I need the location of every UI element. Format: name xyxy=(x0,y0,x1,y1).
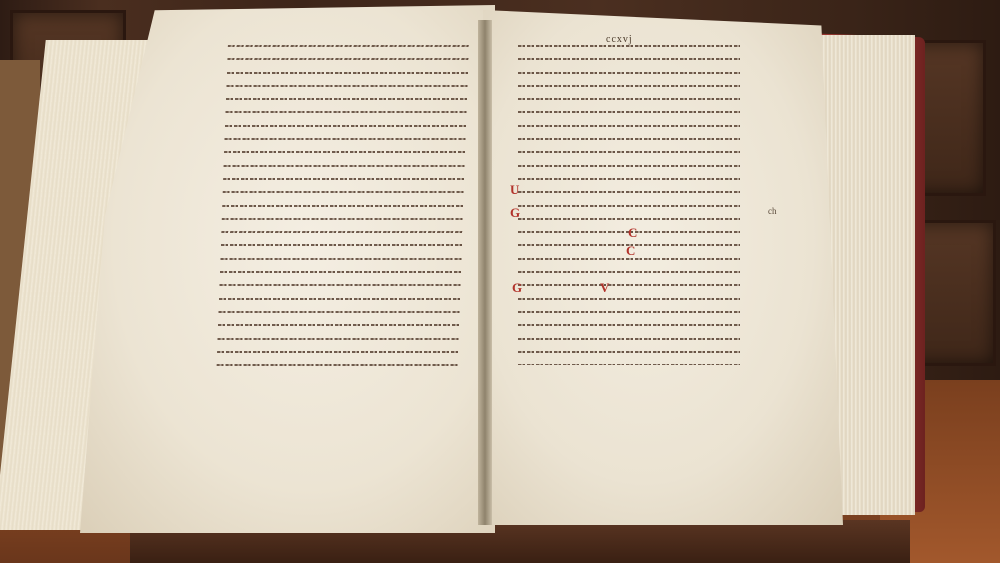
right-page-text-block xyxy=(518,45,740,365)
image-description: Open medieval manuscript codex displayed… xyxy=(0,0,1,1)
photo-scene: U G C G V C ccxvj ch Open medieval manus… xyxy=(0,0,1000,563)
rubric-initial: U xyxy=(510,182,519,198)
rubric-initial: G xyxy=(510,205,520,221)
book-gutter xyxy=(478,20,492,525)
rubric-initial: C xyxy=(628,225,637,241)
folio-number: ccxvj xyxy=(606,34,633,45)
margin-annotation: ch xyxy=(768,206,777,216)
rubric-initial: C xyxy=(626,243,635,259)
rubric-initial: V xyxy=(600,280,609,296)
rubric-initial: G xyxy=(512,280,522,296)
left-page-text-block xyxy=(216,45,470,375)
